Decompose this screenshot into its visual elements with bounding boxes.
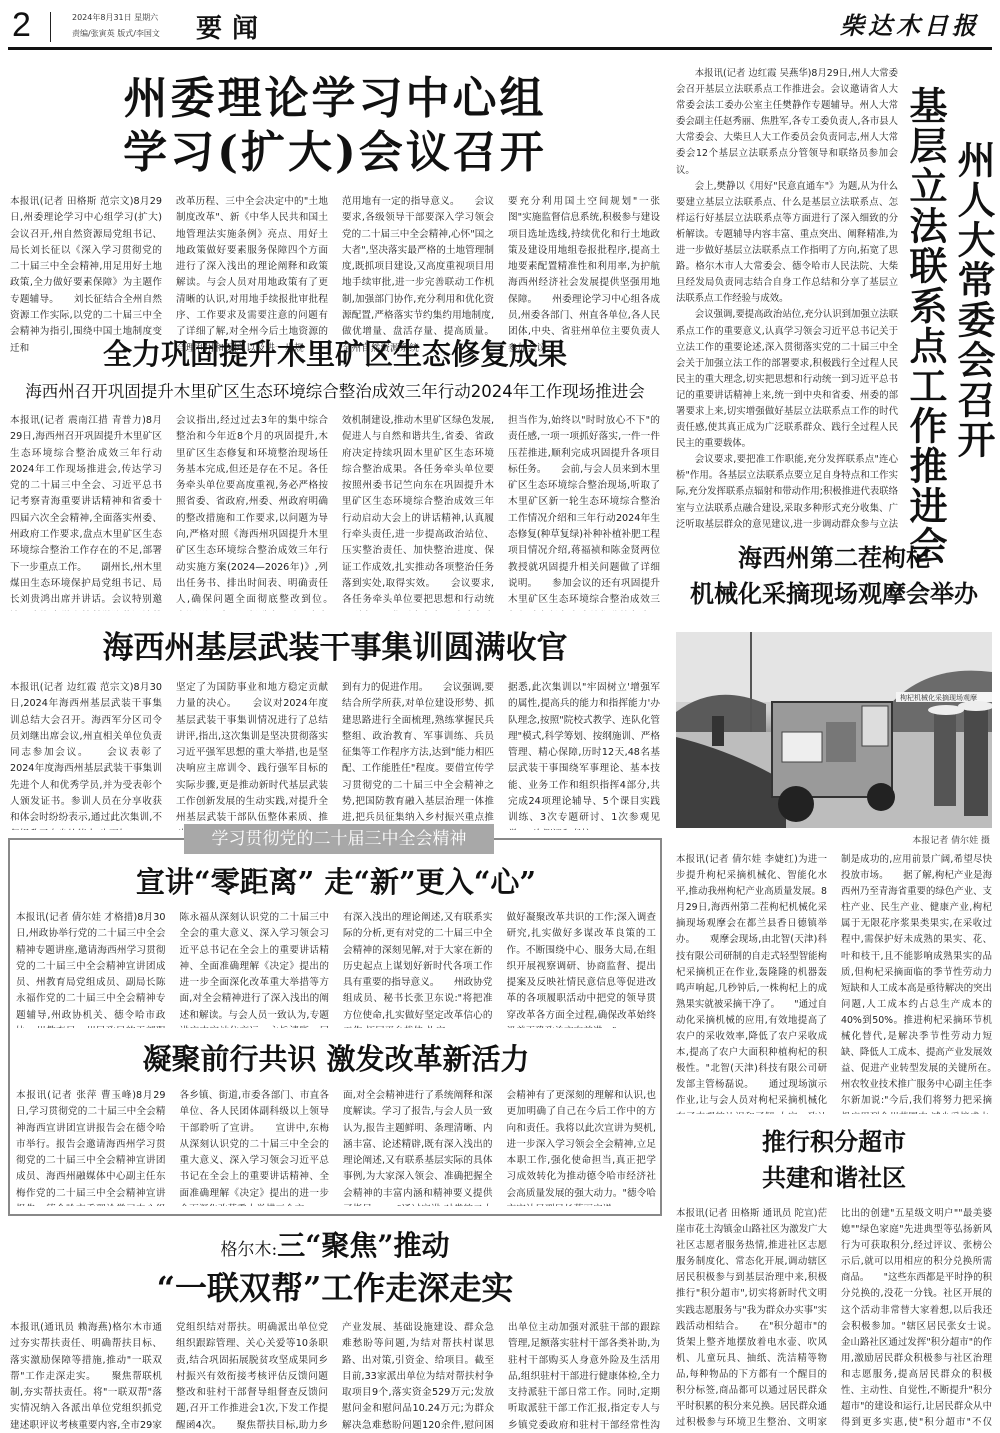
photo-banner-text: 枸杞机械化采摘现场观摩 [900,693,977,702]
article-column: 产业发展、基础设施建设、群众急难愁盼等问题,为结对帮扶村谋思路、出对策,引资金、… [342,1320,494,1433]
article-column: 陈永福从深刻认识党的二十届三中全会的重大意义、深入学习领会习近平总书记在全会上的… [180,910,330,1028]
page-number: 2 [12,6,31,44]
article-column: 各乡镇、街道,市委各部门、市直各单位、各人民团体副科级以上领导干部聆听了宣讲。 … [180,1088,330,1206]
article-column: 出单位主动加强对派驻干部的跟踪管理,足额落实驻村干部各类补助,为驻村干部购买人身… [508,1320,660,1433]
article-column: 本报讯(记者 倩尔娃 李婕红)为进一步提升枸杞采摘机械化、智能化水平,推动我州枸… [676,852,827,1114]
article-column: 要充分利用国土空间规划"一张图"实施监督信息系统,积极参与建设项目选址选线,持续… [508,194,660,356]
photo-credit: 本报记者 倩尔娃 摄 [912,833,990,846]
article-column: 本报讯(记者 田格斯 范宗文)8月29日,州委理论学习中心组学习(扩大)会议召开… [10,194,162,356]
headline-line-1: 州委理论学习中心组 [10,72,660,126]
article-column: 改革历程、三中全会决定中的"土地制度改革"、新《中华人民共和国土地管理法实施条例… [176,194,328,356]
article-column: 会议指出,经过过去3年的集中综合整治和今年近8个月的巩固提升,木里矿区生态修复和… [176,413,328,611]
vertical-headline-main: 基层立法联系点工作推进会 [902,86,948,566]
headline-line-2: 学习(扩大)会议召开 [10,126,660,180]
article-column: 本报讯(记者 边红霞 范宗文)8月30日,2024年海西州基层武装干事集训总结大… [10,680,162,830]
article-goji-harvest-body: 本报讯(记者 倩尔娃 李婕红)为进一步提升枸杞采摘机械化、智能化水平,推动我州枸… [676,852,992,1114]
header-rule [8,47,992,50]
headline-line-2: “一联双帮”工作走深走实 [10,1268,660,1308]
special-topic-banner: 学习贯彻党的二十届三中全会精神 [184,824,494,854]
headline-line-1: 推行积分超市 [676,1124,992,1160]
article-column: 效机制建设,推动木里矿区绿色发展,促进人与自然和谐共生,省委、省政府决定持续巩固… [342,413,494,611]
headline: 海西州基层武装干事集训圆满收官 [10,628,660,668]
article-column: 比出的创建"五星级文明户""最美婆媳""绿色家庭"先进典型等弘扬新风行为可获取积… [841,1206,992,1428]
article-column: 本报讯(记者 田格斯 通讯员 陀宣)茫崖市花土沟镇金山路社区为激发广大社区志愿者… [676,1206,827,1428]
headline-line-2: 共建和谐社区 [676,1160,992,1196]
subheadline: 海西州召开巩固提升木里矿区生态环境综合整治成效三年行动2024年工作现场推进会 [10,379,660,405]
headline-kicker: 格尔木: [221,1240,278,1260]
paragraph: 本报讯(记者 边红霞 吴燕华)8月29日,州人大常委会召开基层立法联系点工作推进… [676,66,898,179]
newspaper-masthead: 柴达木日报 [840,6,980,41]
paragraph: 会议强调,要提高政治站位,充分认识到加强立法联系点工作的重要意义,认真学习领会习… [676,307,898,452]
header-divider [50,12,51,42]
article-column: 制是成功的,应用前景广阔,希望尽快投放市场。 据了解,枸杞产业是海西州乃至青海省… [841,852,992,1114]
headline-line-1: 三“聚焦”推动 [277,1229,449,1262]
article-column: 本报讯(记者 震南江措 青普力)8月29日,海西州召开巩固提升木里矿区生态环境综… [10,413,162,611]
article-column: 做好凝聚改革共识的工作;深入调查研究,扎实做好多谋改革良策的工作。不断围绕中心、… [507,910,657,1028]
article-column: 会精神有了更深刻的理解和认识,也更加明确了自己在今后工作中的方向和责任。我将以此… [507,1088,657,1206]
article-column: 有深入浅出的理论阐述,又有联系实际的分析,更有对党的二十届三中全会精神的深刻见解… [343,910,493,1028]
headline: 全力巩固提升木里矿区生态修复成果 [10,335,660,373]
photo-illustration: 枸杞机械化采摘现场观摩 [676,632,992,828]
article-column: 面,对全会精神进行了系统阐释和深度解读。学习了报告,与会人员一致认为,报告主题鲜… [343,1088,493,1206]
article-propaganda-lecture: 宣讲“零距离” 走“新”更入“心” 本报讯(记者 倩尔娃 才格措)8月30日,州… [16,862,656,1028]
article-golmud-assistance: 格尔木:三“聚焦”推动 “一联双帮”工作走深走实 本报讯(通讯员 赖海燕)格尔木… [10,1228,660,1433]
article-theory-study-meeting: 州委理论学习中心组 学习(扩大)会议召开 本报讯(记者 田格斯 范宗文)8月29… [10,72,660,356]
article-points-supermarket: 推行积分超市 共建和谐社区 本报讯(记者 田格斯 通讯员 陀宣)茫崖市花土沟镇金… [676,1124,992,1428]
article-column: 本报讯(通讯员 赖海燕)格尔木市通过夯实帮扶责任、明确帮扶目标、落实激励保障等措… [10,1320,162,1433]
article-column: 到有力的促进作用。 会议强调,要结合所学所获,对单位建设形势、抓建思路进行全面梳… [342,680,494,830]
article-column: 坚定了为国防事业和地方稳定贡献力量的决心。 会议对2024年度基层武装干事集训情… [176,680,328,830]
article-column: 范用地有一定的指导意义。 会议要求,各级领导干部要深入学习领会党的二十届三中全会… [342,194,494,356]
article-column: 党组织结对帮扶。明确派出单位党组织跟踪管理、关心关爱等10条职责,结合巩固拓展脱… [176,1320,328,1433]
headline-line-2: 机械化采摘现场观摩会举办 [676,576,992,612]
article-reform-consensus: 凝聚前行共识 激发改革新活力 本报讯(记者 张萍 曹玉峰)8月29日,学习贯彻党… [16,1040,656,1206]
article-column: 据悉,此次集训以"牢固树立'增强军的属性,提高兵的能力和指挥能力'办队理念,按照… [508,680,660,830]
article-column: 本报讯(记者 倩尔娃 才格措)8月30日,州政协举行党的二十届三中全会精神专题讲… [16,910,166,1028]
paragraph: 会议要求,要把准工作职能,充分发挥联系点"连心桥"作用。各基层立法联系点要立足自… [676,452,898,532]
article-goji-harvest-headline: 海西州第二茬枸杞 机械化采摘现场观摩会举办 [676,540,992,612]
article-muli-mining-ecology: 全力巩固提升木里矿区生态修复成果 海西州召开巩固提升木里矿区生态环境综合整治成效… [10,335,660,611]
headline-line-1: 海西州第二茬枸杞 [676,540,992,576]
article-legislative-contact-body: 本报讯(记者 边红霞 吴燕华)8月29日,州人大常委会召开基层立法联系点工作推进… [676,66,898,532]
article-column: 本报讯(记者 张萍 曹玉峰)8月29日,学习贯彻党的二十届三中全会精神海西宣讲团… [16,1088,166,1206]
goji-harvester-photo: 枸杞机械化采摘现场观摩 [676,632,992,828]
editor-credits: 责编/张寅英 版式/李国文 [72,28,160,39]
paragraph: 会上,樊静以《用好"民意直通车"》为题,从为什么要建立基层立法联系点、什么是基层… [676,179,898,308]
article-militia-training: 海西州基层武装干事集训圆满收官 本报讯(记者 边红霞 范宗文)8月30日,202… [10,628,660,830]
section-title: 要闻 [196,8,268,45]
headline: 凝聚前行共识 激发改革新活力 [16,1040,656,1078]
article-column: 担当作为,始终以"时时放心不下"的责任感,一项一项抓好落实,一件一件压茬推进,顺… [508,413,660,611]
vertical-headline-kicker: 州人大常委会召开 [950,140,996,460]
issue-date: 2024年8月31日 星期六 [72,12,158,23]
headline: 宣讲“零距离” 走“新”更入“心” [16,862,656,902]
